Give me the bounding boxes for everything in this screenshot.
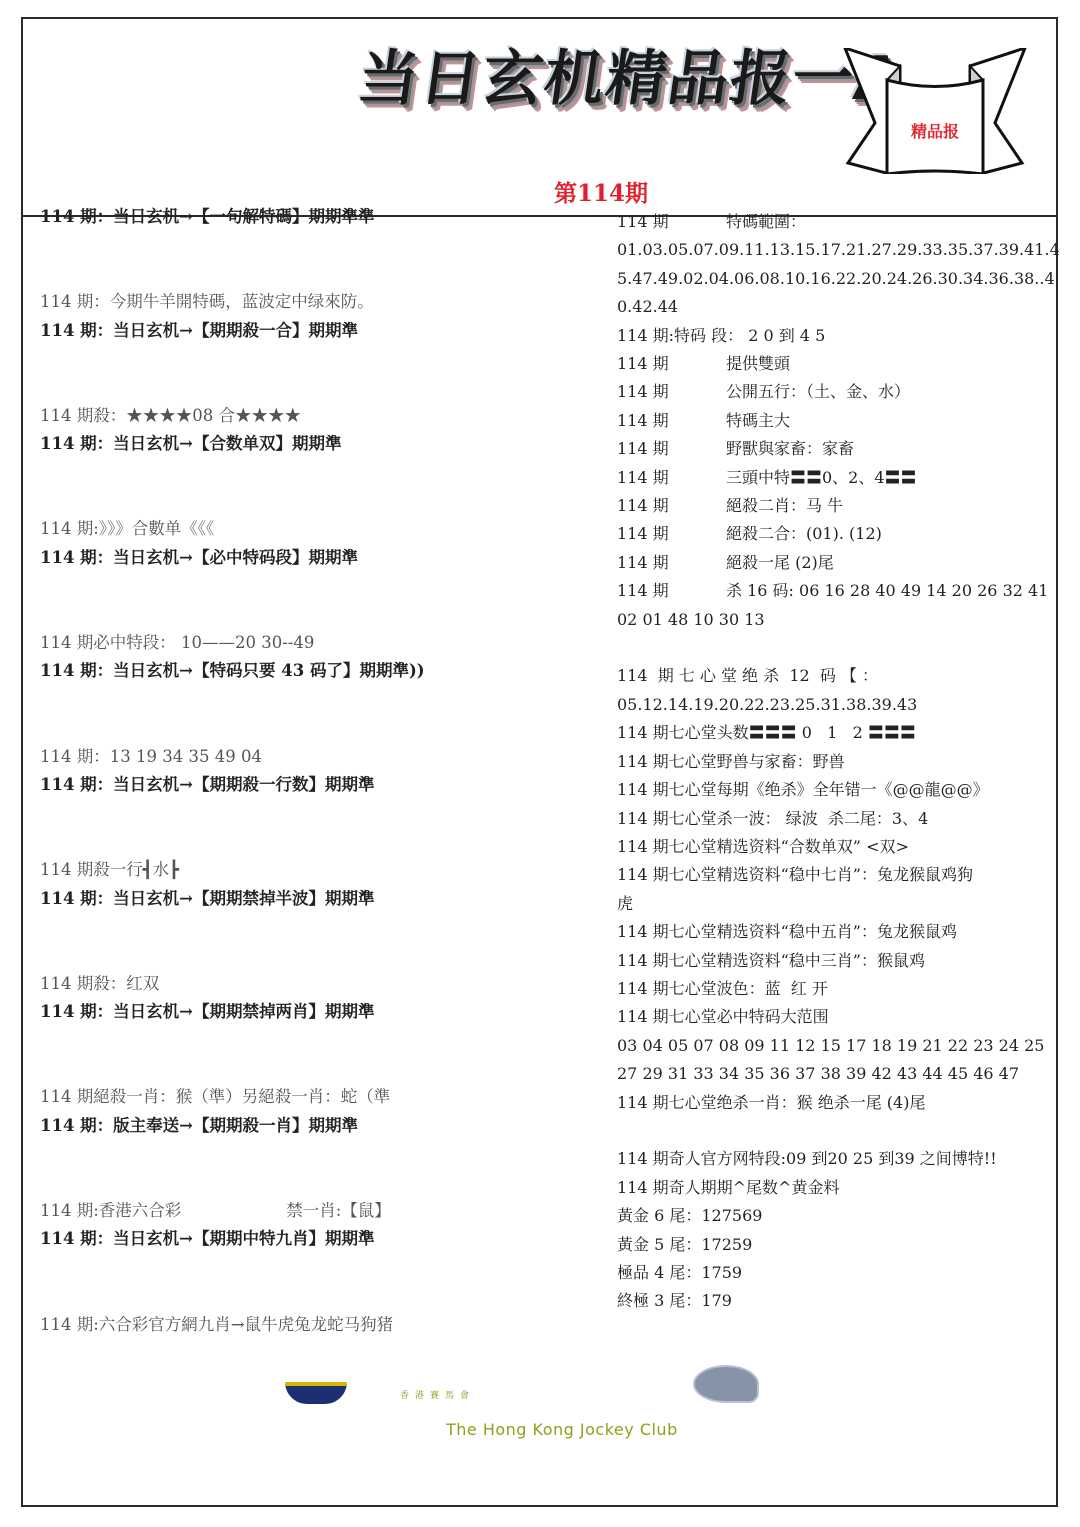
left-block: 114 期絕殺一肖：猴（準）另絕殺一肖：蛇（準 114 期：版主奉送→【期期殺一… xyxy=(40,1083,600,1140)
right-line: 27 29 31 33 34 35 36 37 38 39 42 43 44 4… xyxy=(617,1060,1047,1088)
left-line: 114 期：版主奉送→【期期殺一肖】期期準 xyxy=(40,1112,600,1140)
right-line: 114 期七心堂头数〓〓〓 0 1 2 〓〓〓 xyxy=(617,719,1047,747)
left-line: 114 期殺：★★★★08 合★★★★ xyxy=(40,402,600,430)
footer: 香港賽馬會 The Hong Kong Jockey Club xyxy=(0,1340,1080,1450)
ribbon-label: 精品报 xyxy=(911,119,959,142)
right-line: 01.03.05.07.09.11.13.15.17.21.27.29.33.3… xyxy=(617,236,1047,264)
right-line: 114 期絕殺二肖：马 牛 xyxy=(617,492,1047,520)
left-line: 114 期：13 19 34 35 49 04 xyxy=(40,743,600,771)
right-line: 114 期 七 心 堂 绝 杀 12 码 【 ： xyxy=(617,662,1047,690)
left-block: 114 期：13 19 34 35 49 04 114 期：当日玄机→【期期殺一… xyxy=(40,743,600,800)
left-line: 114 期：当日玄机→【必中特码段】期期準 xyxy=(40,544,600,572)
left-line: 114 期：当日玄机→【期期禁掉两肖】期期準 xyxy=(40,998,600,1026)
right-line: 114 期七心堂必中特码大范围 xyxy=(617,1003,1047,1031)
right-line: 114 期:特码 段： 2 0 到 4 5 xyxy=(617,322,1047,350)
right-line: 114 期七心堂精选资料“稳中五肖”：兔龙猴鼠鸡 xyxy=(617,918,1047,946)
left-block: 114 期殺一行┫水┣ 114 期：当日玄机→【期期禁掉半波】期期準 xyxy=(40,856,600,913)
left-line: 114 期：当日玄机→【期期中特九肖】期期準 xyxy=(40,1225,600,1253)
horse-head-logo-icon xyxy=(693,1365,759,1403)
right-line: 114 期提供雙頭 xyxy=(617,350,1047,378)
right-line: 02 01 48 10 30 13 xyxy=(617,606,1047,634)
left-block: 114 期必中特段： 10——20 30--49 114 期：当日玄机→【特码只… xyxy=(40,629,600,686)
chinese-banner: 香港賽馬會 xyxy=(400,1388,475,1401)
right-line: 114 期七心堂精选资料“稳中三肖”：猴鼠鸡 xyxy=(617,947,1047,975)
left-line: 114 期:》》》合數单《《《 xyxy=(40,515,600,543)
left-block: 114 期:香港六合彩 禁一肖:【鼠】 114 期：当日玄机→【期期中特九肖】期… xyxy=(40,1197,600,1254)
right-line: 114 期三頭中特〓〓0、2、4〓〓 xyxy=(617,464,1047,492)
right-line: 03 04 05 07 08 09 11 12 15 17 18 19 21 2… xyxy=(617,1032,1047,1060)
right-line: 黃金 6 尾：127569 xyxy=(617,1202,1047,1230)
left-line: 114 期殺：红双 xyxy=(40,970,600,998)
left-line: 114 期必中特段： 10——20 30--49 xyxy=(40,629,600,657)
left-line: 114 期：当日玄机→【合数单双】期期準 xyxy=(40,430,600,458)
right-line: 114 期公開五行：（土、金、水） xyxy=(617,378,1047,406)
right-line: 極品 4 尾：1759 xyxy=(617,1259,1047,1287)
right-column: 114 期特碼範圍： 01.03.05.07.09.11.13.15.17.21… xyxy=(597,208,1047,1316)
left-line: 114 期:六合彩官方網九肖→鼠牛虎兔龙蛇马狗猪 xyxy=(40,1311,600,1339)
left-line: 114 期殺一行┫水┣ xyxy=(40,856,600,884)
right-line: 114 期奇人官方网特段:09 到20 25 到39 之间博特!! xyxy=(617,1145,1047,1173)
left-block: 114 期:六合彩官方網九肖→鼠牛虎兔龙蛇马狗猪 xyxy=(40,1311,600,1339)
right-line: 114 期絕殺二合：(01). (12) xyxy=(617,520,1047,548)
left-line: 114 期：今期牛羊開特碼，蓝波定中绿來防。 xyxy=(40,288,600,316)
left-line: 114 期：当日玄机→【期期殺一行数】期期準 xyxy=(40,771,600,799)
club-name: The Hong Kong Jockey Club xyxy=(446,1420,678,1439)
right-line: 114 期特碼範圍： xyxy=(617,208,1047,236)
right-line: 114 期絕殺一尾 (2)尾 xyxy=(617,549,1047,577)
page-title: 当日玄机精品报一A xyxy=(353,31,910,117)
left-column: 114 期：当日玄机→【一句解特碼】期期準準 114 期：今期牛羊開特碼，蓝波定… xyxy=(20,203,600,1339)
right-line: 114 期七心堂精选资料“合数单双” <双> xyxy=(617,833,1047,861)
right-line: 5.47.49.02.04.06.08.10.16.22.20.24.26.30… xyxy=(617,265,1047,293)
special-code-section: 114 期特碼範圍： 01.03.05.07.09.11.13.15.17.21… xyxy=(617,208,1047,634)
left-block: 114 期：当日玄机→【一句解特碼】期期準準 xyxy=(40,203,600,231)
right-line: 05.12.14.19.20.22.23.25.31.38.39.43 xyxy=(617,691,1047,719)
left-block: 114 期殺：★★★★08 合★★★★ 114 期：当日玄机→【合数单双】期期準 xyxy=(40,402,600,459)
right-line: 終極 3 尾：179 xyxy=(617,1287,1047,1315)
left-line: 114 期：当日玄机→【一句解特碼】期期準準 xyxy=(40,203,600,231)
left-block: 114 期殺：红双 114 期：当日玄机→【期期禁掉两肖】期期準 xyxy=(40,970,600,1027)
qixintang-section: 114 期 七 心 堂 绝 杀 12 码 【 ： 05.12.14.19.20.… xyxy=(617,662,1047,1117)
right-line: 114 期特碼主大 xyxy=(617,407,1047,435)
left-line: 114 期：当日玄机→【期期殺一合】期期準 xyxy=(40,317,600,345)
qiren-section: 114 期奇人官方网特段:09 到20 25 到39 之间博特!! 114 期奇… xyxy=(617,1145,1047,1315)
left-line: 114 期：当日玄机→【期期禁掉半波】期期準 xyxy=(40,885,600,913)
hkjc-crest-icon xyxy=(285,1382,347,1404)
ribbon-banner-icon xyxy=(840,48,1030,174)
right-line: 0.42.44 xyxy=(617,293,1047,321)
left-line: 114 期絕殺一肖：猴（準）另絕殺一肖：蛇（準 xyxy=(40,1083,600,1111)
right-line: 114 期杀 16 码: 06 16 28 40 49 14 20 26 32 … xyxy=(617,577,1047,605)
right-line: 114 期七心堂精选资料“稳中七肖”：兔龙猴鼠鸡狗 xyxy=(617,861,1047,889)
right-line: 114 期七心堂绝杀一肖：猴 绝杀一尾 (4)尾 xyxy=(617,1089,1047,1117)
right-line: 虎 xyxy=(617,890,1047,918)
right-line: 114 期七心堂杀一波： 绿波 杀二尾：3、4 xyxy=(617,805,1047,833)
right-line: 114 期野獸與家畜：家畜 xyxy=(617,435,1047,463)
right-line: 黃金 5 尾：17259 xyxy=(617,1231,1047,1259)
left-block: 114 期:》》》合數单《《《 114 期：当日玄机→【必中特码段】期期準 xyxy=(40,515,600,572)
left-line: 114 期：当日玄机→【特码只要 43 码了】期期準)) xyxy=(40,657,600,685)
right-line: 114 期七心堂波色：蓝 红 开 xyxy=(617,975,1047,1003)
right-line: 114 期七心堂野兽与家畜：野兽 xyxy=(617,748,1047,776)
right-line: 114 期奇人期期^尾数^黄金料 xyxy=(617,1174,1047,1202)
right-line: 114 期七心堂每期《绝杀》全年错一《@@龍@@》 xyxy=(617,776,1047,804)
left-line: 114 期:香港六合彩 禁一肖:【鼠】 xyxy=(40,1197,600,1225)
left-block: 114 期：今期牛羊開特碼，蓝波定中绿來防。 114 期：当日玄机→【期期殺一合… xyxy=(40,288,600,345)
